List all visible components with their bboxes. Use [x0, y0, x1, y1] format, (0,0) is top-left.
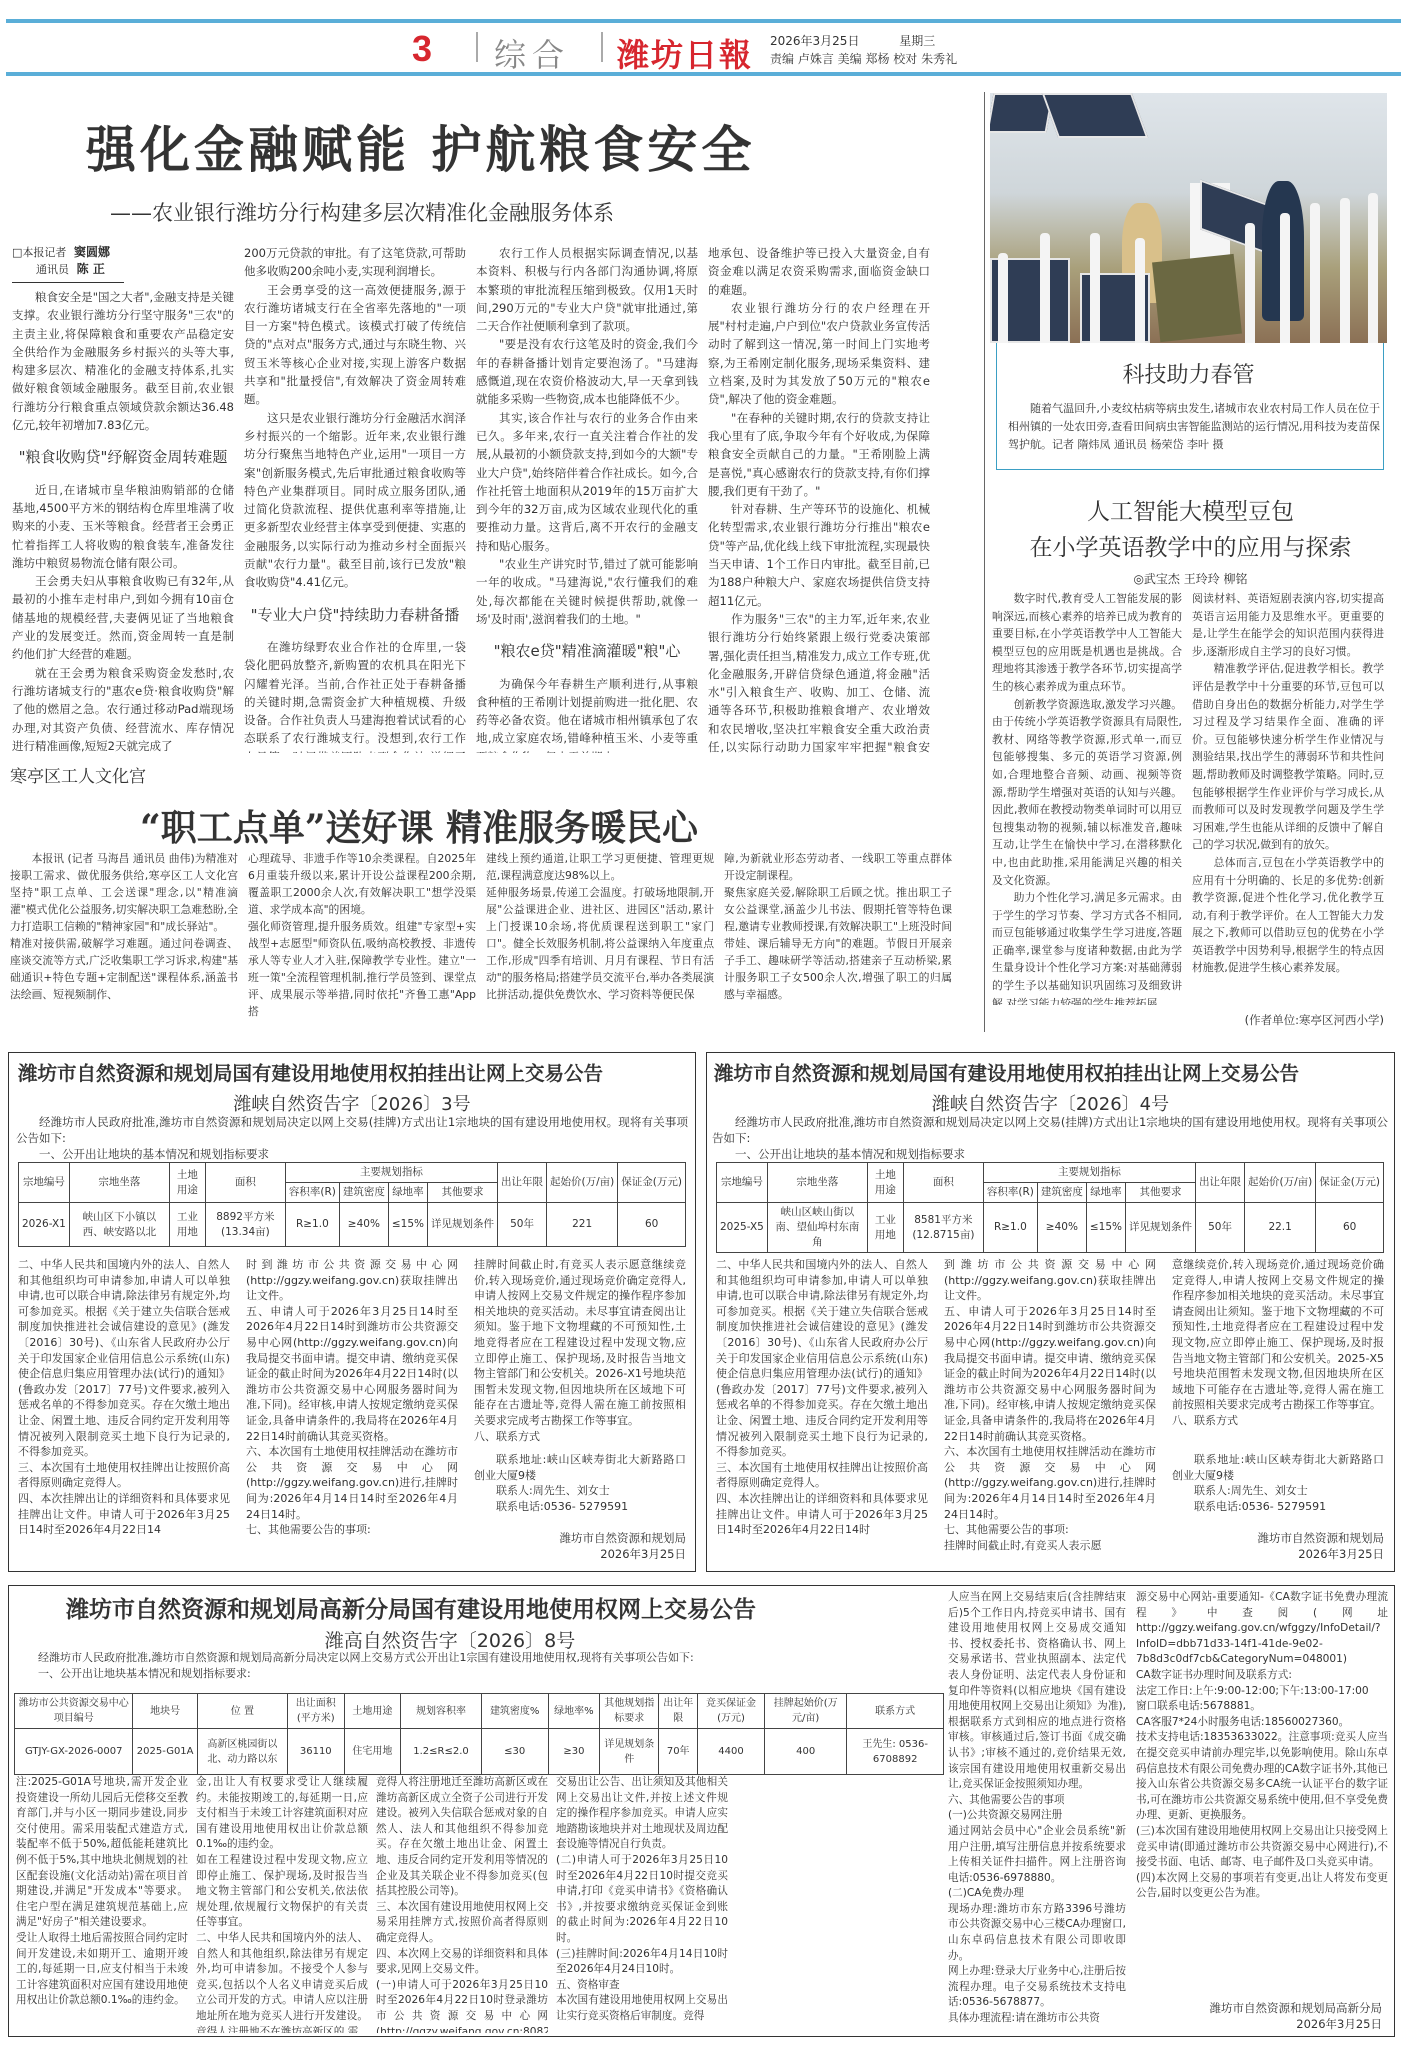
paragraph: 其实,该合作社与农行的业务合作由来已久。多年来,农行一直关注着合作社的发展,从最… [476, 409, 698, 555]
notice-4-column-2: 到潍坊市公共资源交易中心网(http://ggzy.weifang.gov.cn… [944, 1257, 1156, 1567]
hanting-column-3: 建线上预约通道,让职工学习更便捷、管理更规范,课程满意度达98%以上。 延伸服务… [486, 850, 714, 1022]
lead-column-2: 200万元贷款的审批。有了这笔贷款,可帮助他多收购200余吨小麦,实现利润增长。… [244, 244, 466, 753]
ai-article-title: 人工智能大模型豆包 在小学英语教学中的应用与探索 [990, 494, 1391, 566]
notice-3-column-2: 时到潍坊市公共资源交易中心网(http://ggzy.weifang.gov.c… [246, 1257, 458, 1567]
paragraph: 总体而言,豆包在小学英语教学中的应用有十分明确的、长足的多优势:创新教学资源,促… [1192, 854, 1384, 977]
notice-3-title: 潍坊市自然资源和规划局国有建设用地使用权拍挂出让网上交易公告 [18, 1058, 686, 1086]
paragraph: 王会勇享受的这一高效便捷服务,源于农行潍坊诸城支行在全省率先落地的"一项目一方案… [244, 281, 466, 409]
paragraph: 王会勇夫妇从事粮食收购已有32年,从最初的小推车走村串户,到如今拥有10亩仓储基… [12, 572, 234, 663]
lead-headline: 强化金融赋能 护航粮食安全 [86, 110, 755, 182]
notice-8-column-6: 源交易中心网站-重要通知-《CA数字证书免费办理流程》中查阅(网址http://… [1136, 1590, 1388, 1990]
notice-8-doc-number: 潍高自然资告字〔2026〕8号 [200, 1626, 700, 1653]
notice-3-signoff: 潍坊市自然资源和规划局 2026年3月25日 [474, 1530, 686, 1562]
paragraph: 农业银行潍坊分行的农户经理在开展"村村走遍,户户到位"农户贷款业务宣传活动时了解… [708, 299, 930, 409]
paragraph: 创新教学资源选取,激发学习兴趣。由于传统小学英语教学资源具有局限性,教材、网络等… [992, 696, 1182, 890]
notice-4-doc-number: 潍峡自然资告字〔2026〕4号 [706, 1090, 1395, 1116]
notice-4-land-table: 宗地编号 宗地坐落 土地用途 面积 主要规划指标 出让年限 起始价(万/亩) 保… [716, 1162, 1384, 1253]
photo-caption: 随着气温回升,小麦纹枯病等病虫发生,诸城市农业农村局工作人员在位于相州镇的一处农… [1008, 400, 1380, 454]
notice-8-title: 潍坊市自然资源和规划局高新分局国有建设用地使用权网上交易公告 [66, 1591, 756, 1624]
masthead-top-rule [6, 19, 1401, 23]
lead-byline: □本报记者 窦圆娜 通讯员 陈 正 [12, 244, 124, 283]
paragraph: 精准教学评估,促进教学相长。教学评估是教学中十分重要的环节,豆包可以借助自身出色… [1192, 660, 1384, 854]
date: 2026年3月25日 [770, 34, 859, 48]
notice-8-land-table: 潍坊市公共资源交易中心项目编号 地块号 位 置 出让面积(平方米) 土地用途 规… [14, 1693, 944, 1775]
hanting-headline: “职工点单”送好课 精准服务暖民心 [140, 800, 698, 851]
lead-subtitle: ——农业银行潍坊分行构建多层次精准化金融服务体系 [110, 197, 614, 227]
paragraph: 作为服务"三农"的主力军,近年来,农业银行潍坊分行始终紧跟上级行党委决策部署,强… [708, 610, 930, 753]
hanting-column-2: 心理疏导、非遗手作等10余类课程。自2025年6月重装升级以来,累计开设公益课程… [248, 850, 476, 1022]
paragraph: 阅读材料、英语短剧表演内容,切实提高英语言运用能力及思维水平。更重要的是,让学生… [1192, 590, 1384, 660]
paragraph: "要是没有农行这笔及时的资金,我们今年的春耕备播计划肯定要泡汤了。"马建海感慨道… [476, 335, 698, 408]
paragraph: 为确保今年春耕生产顺利进行,从事粮食种植的王希刚计划提前购进一批化肥、农药等必备… [476, 675, 698, 753]
news-photo-weather-station [990, 93, 1387, 343]
notice-3-land-table: 宗地编号 宗地坐落 土地用途 面积 主要规划指标 出让年限 起始价(万/亩) 保… [18, 1162, 686, 1247]
hanting-kicker: 寒亭区工人文化宫 [10, 762, 146, 787]
paragraph: 助力个性化学习,满足多元需求。由于学生的学习节奏、学习方式各不相同,而豆包能够通… [992, 889, 1182, 1005]
notice-4-contact: 联系地址:峡山区峡寿街北大新路路口创业大厦9楼 联系人:周先生、刘女士 联系电话… [1172, 1452, 1384, 1514]
editor-credits: 责编 卢姝言 美编 郑杨 校对 朱秀礼 [770, 50, 957, 67]
paragraph: "农业生产讲究时节,错过了就可能影响一年的收成。"马建海说,"农行懂我们的难处,… [476, 555, 698, 628]
photo-title: 科技助力春管 [990, 358, 1387, 389]
lead-column-3: 农行工作人员根据实际调查情况,以基本资料、积极与行内各部门沟通协调,将原本繁琐的… [476, 244, 698, 753]
subheading: "专业大户贷"持续助力春耕备播 [244, 606, 466, 624]
notice-4-title: 潍坊市自然资源和规划局国有建设用地使用权拍挂出让网上交易公告 [714, 1058, 1386, 1086]
lead-column-1: 粮食安全是"国之大者",金融支持是关键支撑。农业银行潍坊分行坚守服务"三农"的主… [12, 288, 234, 753]
station-sign [1152, 254, 1242, 342]
ai-column-2: 阅读材料、英语短剧表演内容,切实提高英语言运用能力及思维水平。更重要的是,让学生… [1192, 590, 1384, 990]
notice-3-doc-number: 潍峡自然资告字〔2026〕3号 [8, 1090, 696, 1116]
masthead-divider [476, 32, 478, 62]
notice-8-signoff: 潍坊市自然资源和规划局高新分局 2026年3月25日 [1136, 2000, 1382, 2032]
paragraph: 针对春耕、生产等环节的设施化、机械化转型需求,农业银行潍坊分行推出"粮农e贷"等… [708, 500, 930, 610]
notice-8-intro: 经潍坊市人民政府批准,潍坊市自然资源和规划局高新分局决定以网上交易方式公开出让1… [16, 1650, 702, 1682]
paragraph: 近日,在诸城市皇华粮油购销部的仓储基地,4500平方米的钢结构仓库里堆满了收购来… [12, 481, 234, 572]
notice-8-column-2: 金,出让人有权要求受让人继续履约。未能按期竣工的,每延期一日,应支付相当于未竣工… [196, 1775, 368, 2033]
paragraph: 200万元贷款的审批。有了这笔贷款,可帮助他多收购200余吨小麦,实现利润增长。 [244, 244, 466, 281]
issue-date: 2026年3月25日 星期三 [770, 32, 935, 49]
paragraph: 就在王会勇为粮食采购资金发愁时,农行潍坊诸城支行的"惠农e贷·粮食收购贷"解了他… [12, 664, 234, 753]
masthead-divider [601, 32, 603, 62]
paragraph: 地承包、设备维护等已投入大量资金,自有资金难以满足农资采购需求,面临资金缺口的难… [708, 244, 930, 299]
table-row: 2025-X5 峡山区峡山街以南、望仙埠村东南角 工业用地 8581平方米(12… [717, 1203, 1384, 1253]
hanting-column-4: 障,为新就业形态劳动者、一线职工等重点群体开设定制课程。 聚焦家庭关爱,解除职工… [724, 850, 952, 1022]
paragraph: "在春种的关键时期,农行的贷款支持让我心里有了底,争取今年有个好收成,为保障粮食… [708, 409, 930, 500]
newspaper-logo: 潍坊日報 [617, 30, 753, 76]
paragraph: 在潍坊绿野农业合作社的仓库里,一袋袋化肥码放整齐,新购置的农机具在阳光下闪耀着光… [244, 638, 466, 753]
subheading: "粮食收购贷"纾解资金周转难题 [12, 448, 234, 466]
notice-4-column-3: 意继续竞价,转入现场竞价,通过现场竞价确定竞得人,申请人按网上交易文件规定的操作… [1172, 1257, 1384, 1447]
notice-3-column-1: 二、中华人民共和国境内外的法人、自然人和其他组织均可申请参加,申请人可以单独申请… [18, 1257, 230, 1567]
notice-3-contact: 联系地址:峡山区峡寿街北大新路路口创业大厦9楼 联系人:周先生、刘女士 联系电话… [474, 1452, 686, 1514]
subheading: "粮农e贷"精准滴灌暖"粮"心 [476, 642, 698, 660]
page-number: 3 [412, 28, 432, 70]
notice-3-intro: 经潍坊市人民政府批准,潍坊市自然资源和规划局决定以网上交易(挂牌)方式出让1宗地… [16, 1114, 688, 1162]
notice-8-column-4: 交易出让公告、出让须知及其他相关网上交易出让文件,并按上述文件规定的操作程序参加… [556, 1775, 728, 2033]
weekday: 星期三 [899, 34, 935, 48]
hanting-column-1: 本报讯 (记者 马海昌 通讯员 曲伟)为精准对接职工需求、做优服务供给,寒亭区工… [10, 850, 238, 1022]
ai-article-byline: ◎武宝杰 王玲玲 柳铭 [990, 570, 1391, 587]
paragraph: 数字时代,教育受人工智能发展的影响深远,而核心素养的培养已成为教育的重要目标,在… [992, 590, 1182, 696]
photo-top-rule [990, 73, 1387, 76]
ai-column-1: 数字时代,教育受人工智能发展的影响深远,而核心素养的培养已成为教育的重要目标,在… [992, 590, 1182, 1005]
paragraph: 这只是农业银行潍坊分行金融活水润泽乡村振兴的一个缩影。近年来,农业银行潍坊分行聚… [244, 409, 466, 592]
section-name: 综合 [494, 30, 570, 76]
notice-8-column-1: 注:2025-G01A号地块,需开发企业投资建设一所幼儿园后无偿移交至教育部门,… [16, 1775, 188, 2033]
notice-4-intro: 经潍坊市人民政府批准,潍坊市自然资源和规划局决定以网上交易(挂牌)方式出让1宗地… [712, 1114, 1388, 1162]
notice-4-signoff: 潍坊市自然资源和规划局 2026年3月25日 [1172, 1530, 1384, 1562]
paragraph: 粮食安全是"国之大者",金融支持是关键支撑。农业银行潍坊分行坚守服务"三农"的主… [12, 288, 234, 434]
ai-author-affiliation: (作者单位:寒亭区河西小学) [1192, 1012, 1384, 1028]
table-row: GTJY-GX-2026-0007 2025-G01A 高新区桃园街以北、动力路… [15, 1729, 944, 1775]
lead-column-4: 地承包、设备维护等已投入大量资金,自有资金难以满足农资采购需求,面临资金缺口的难… [708, 244, 930, 753]
notice-3-column-3: 挂牌时间截止时,有竞买人表示愿意继续竞价,转入现场竞价,通过现场竞价确定竞得人,… [474, 1257, 686, 1447]
paragraph: 农行工作人员根据实际调查情况,以基本资料、积极与行内各部门沟通协调,将原本繁琐的… [476, 244, 698, 335]
notice-8-column-3: 竞得人将注册地迁至潍坊高新区或在潍坊高新区成立全资子公司进行开发建设。被列入失信… [376, 1775, 548, 2033]
notice-4-column-1: 二、中华人民共和国境内外的法人、自然人和其他组织均可申请参加,申请人可以单独申请… [716, 1257, 928, 1567]
notice-8-column-5: 人应当在网上交易结束后(含挂牌结束后)5个工作日内,持竞买申请书、国有建设用地使… [948, 1590, 1126, 2033]
column-divider [984, 92, 985, 1032]
table-row: 2026-X1 峡山区下小镇以西、峡安路以北 工业用地 8892平方米(13.3… [19, 1203, 686, 1247]
